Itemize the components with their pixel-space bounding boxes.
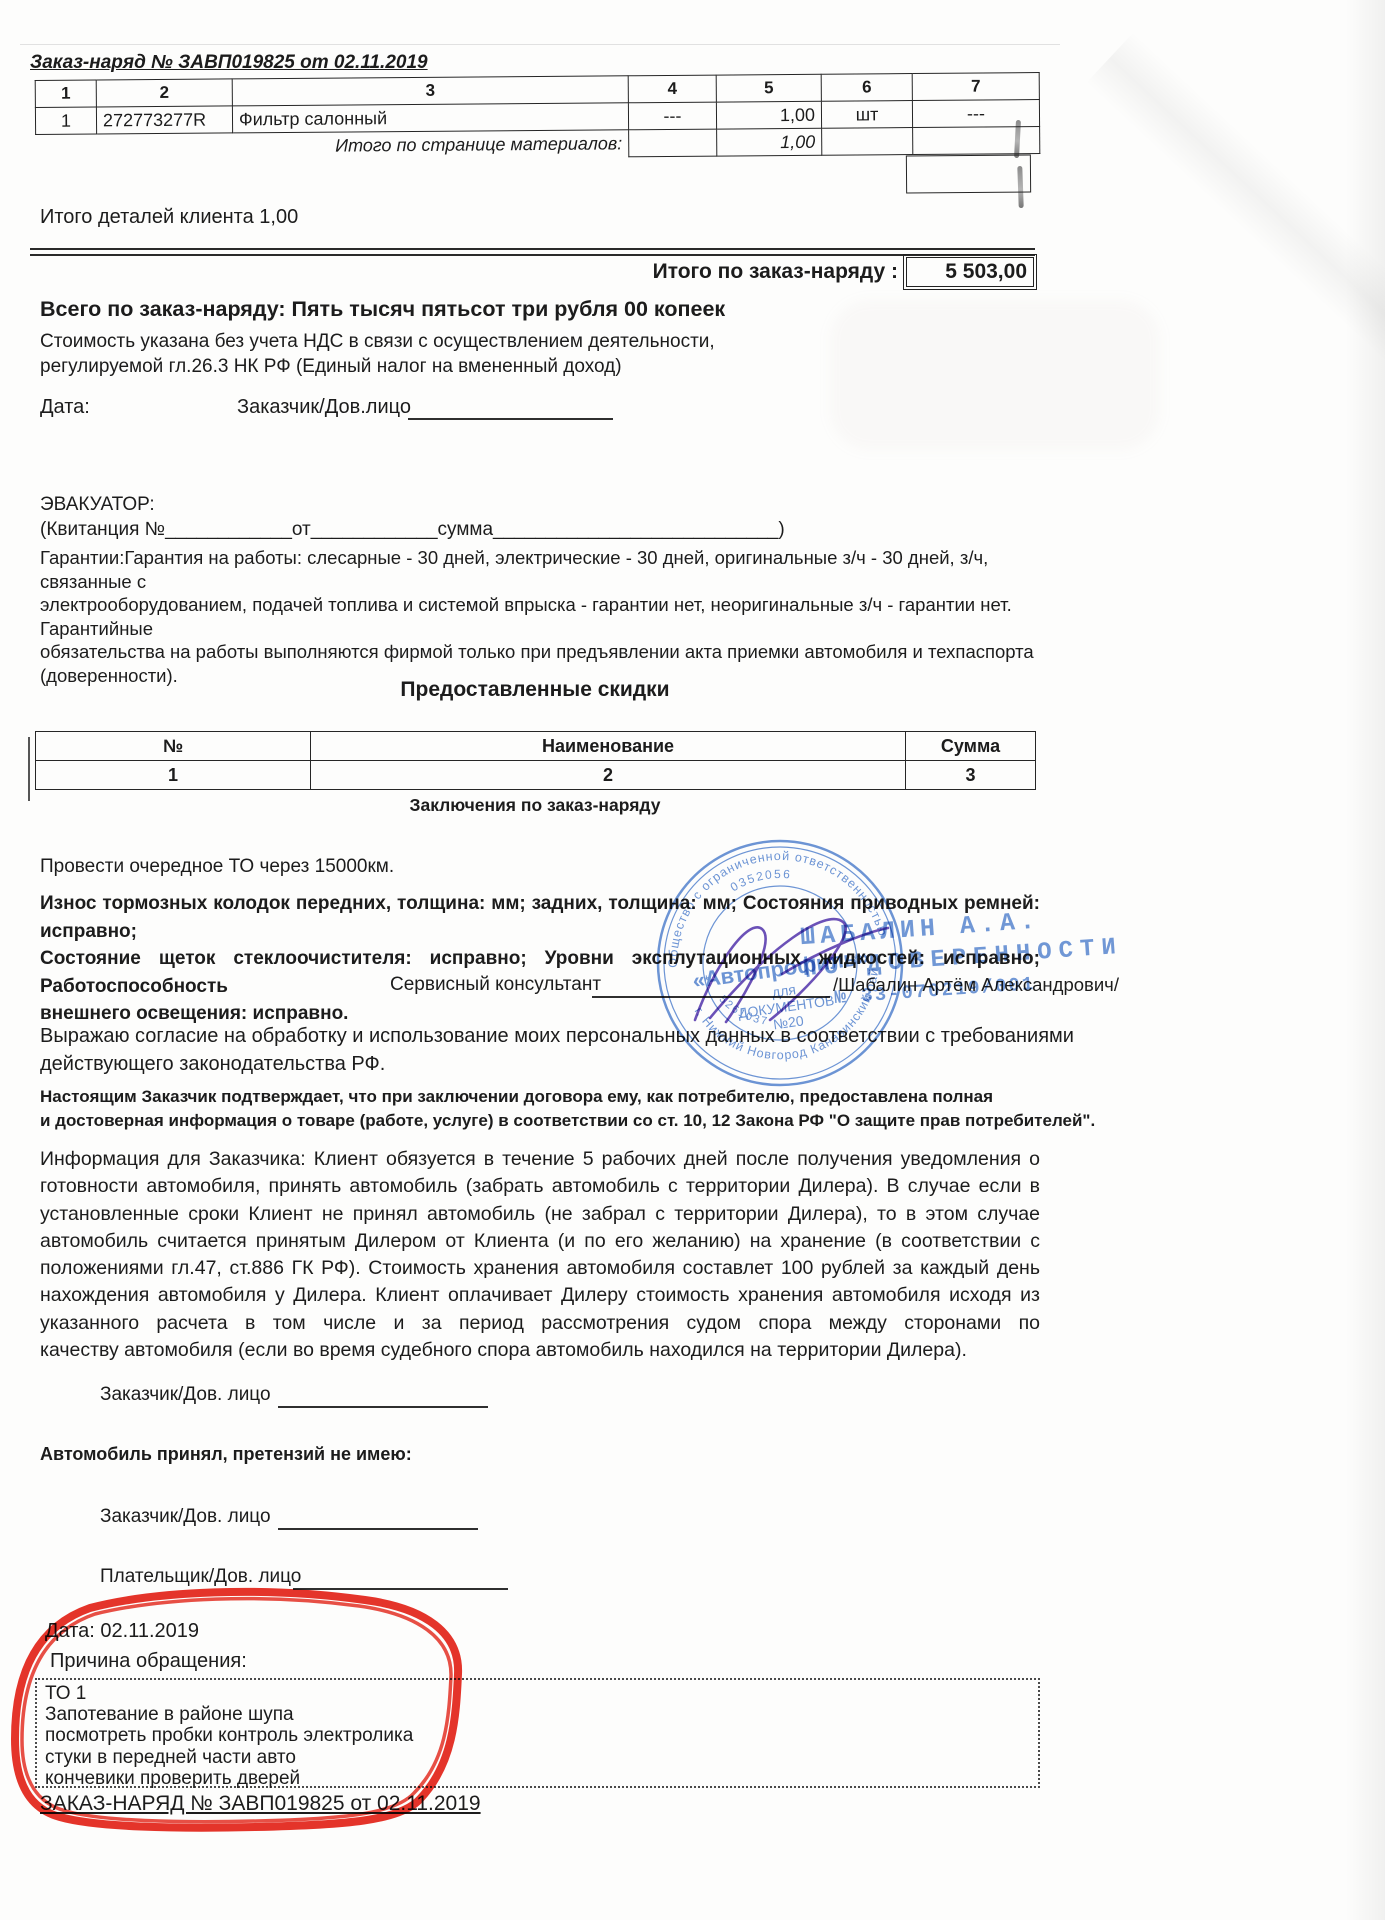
vat-note-line1: Стоимость указана без учета НДС в связи …	[40, 331, 715, 353]
conclusions-title: Заключения по заказ-наряду	[0, 795, 1070, 816]
order-total-label: Итого по заказ-наряду :	[580, 260, 898, 284]
scan-top-edge-line	[20, 44, 1060, 45]
discounts-colnum-2: 2	[311, 761, 906, 790]
col-header-5: 5	[716, 74, 821, 102]
info-line-4: автомобиль считается принятым Дилером от…	[40, 1228, 1040, 1255]
page-total-empty-6	[822, 128, 913, 156]
red-marker-circle	[5, 1578, 505, 1840]
materials-col7-extra-box	[906, 155, 1031, 194]
part-qty-cell: 1,00	[716, 101, 821, 129]
page-total-label: Итого по странице материалов:	[36, 130, 629, 162]
row-number-cell: 1	[35, 107, 96, 134]
separator-double-line	[30, 248, 1035, 256]
page-total-empty-4	[629, 129, 717, 157]
confirm-line-1: Настоящим Заказчик подтверждает, что при…	[40, 1085, 1095, 1109]
vat-note-line2: регулируемой гл.26.3 НК РФ (Единый налог…	[40, 356, 622, 378]
col-header-2: 2	[96, 79, 232, 107]
part-sum-cell: ---	[912, 100, 1039, 128]
order-total-value: 5 503,00	[906, 257, 1034, 287]
warranty-paragraph: Гарантии:Гарантия на работы: слесарные -…	[40, 546, 1040, 687]
part-article-cell: 272773277R	[96, 106, 232, 134]
col-header-6: 6	[821, 74, 912, 102]
info-line-7: указанного расчета в том числе и за пери…	[40, 1310, 1040, 1337]
next-service-note: Провести очередное ТО через 15000км.	[40, 856, 394, 878]
warranty-line-2: электрооборудованием, подачей топлива и …	[40, 593, 1040, 640]
evacuator-title: ЭВАКУАТОР:	[40, 494, 155, 516]
scan-ghost-smudge	[830, 300, 1160, 450]
discounts-header-row: № Наименование Сумма	[36, 732, 1036, 761]
info-line-1: Информация для Заказчика: Клиент обязует…	[40, 1146, 1040, 1173]
sign-customer-label-2: Заказчик/Дов. лицо	[100, 1506, 271, 1528]
discounts-title: Предоставленные скидки	[0, 678, 1070, 702]
customer-sign-label: Заказчик/Дов.лицо	[237, 396, 411, 419]
consent-line-1: Выражаю согласие на обработку и использо…	[40, 1022, 1074, 1050]
materials-table: 1 2 3 4 5 6 7 1 272773277R Фильтр салонн…	[35, 72, 1041, 162]
info-line-6: нахождения автомобиля у Дилера. Клиент о…	[40, 1282, 1040, 1309]
discounts-table: № Наименование Сумма 1 2 3	[35, 731, 1036, 790]
discounts-colnum-3: 3	[906, 761, 1036, 790]
sign-customer-label-1: Заказчик/Дов. лицо	[100, 1384, 271, 1406]
confirm-line-2: и достоверная информация о товаре (работ…	[40, 1109, 1095, 1133]
col-header-3: 3	[232, 76, 628, 106]
discounts-colnum-1: 1	[36, 761, 311, 790]
part-name-cell: Фильтр салонный	[232, 103, 628, 133]
accepted-statement: Автомобиль принял, претензий не имею:	[40, 1444, 412, 1465]
customer-info-paragraph: Информация для Заказчика: Клиент обязует…	[40, 1146, 1040, 1364]
order-header-line: Заказ-наряд № ЗАВП019825 от 02.11.2019	[30, 52, 428, 74]
info-line-8: качеству автомобиля (если во время судеб…	[40, 1337, 1040, 1364]
date-label: Дата:	[40, 396, 90, 419]
info-line-5: положениями гл.47, ст.886 ГК РФ). Стоимо…	[40, 1255, 1040, 1282]
customer-signature-line	[408, 418, 613, 420]
evacuator-receipt-line: (Квитанция №____________от____________су…	[40, 519, 785, 541]
col-header-1: 1	[35, 80, 96, 107]
warranty-line-1: Гарантии:Гарантия на работы: слесарные -…	[40, 546, 1040, 593]
client-parts-total: Итого деталей клиента 1,00	[40, 206, 298, 229]
part-price-cell: ---	[628, 102, 716, 130]
sign-customer-line-2	[278, 1528, 478, 1530]
discounts-header-name: Наименование	[311, 732, 906, 761]
total-in-words: Всего по заказ-наряду: Пять тысяч пятьсо…	[40, 297, 725, 322]
info-line-3: установленные сроки Клиент не принял авт…	[40, 1201, 1040, 1228]
discounts-number-row: 1 2 3	[36, 761, 1036, 790]
scanned-work-order-page: Заказ-наряд № ЗАВП019825 от 02.11.2019 1…	[0, 0, 1385, 1920]
info-line-2: готовности автомобиля, принять автомобил…	[40, 1173, 1040, 1200]
consultant-signature-mark	[640, 898, 910, 1033]
scan-artifact-line	[28, 737, 30, 801]
sign-customer-line-1	[278, 1406, 488, 1408]
consultant-label: Сервисный консультант	[390, 974, 601, 996]
part-unit-cell: шт	[821, 101, 912, 129]
consent-line-2: действующего законодательства РФ.	[40, 1050, 1074, 1078]
page-total-empty-7	[913, 127, 1040, 155]
col-header-7: 7	[912, 73, 1039, 101]
page-total-value: 1,00	[717, 128, 822, 156]
consent-paragraph: Выражаю согласие на обработку и использо…	[40, 1022, 1074, 1078]
order-total-box: 5 503,00	[903, 254, 1037, 290]
col-header-4: 4	[628, 75, 716, 103]
confirm-paragraph: Настоящим Заказчик подтверждает, что при…	[40, 1085, 1095, 1133]
discounts-header-sum: Сумма	[906, 732, 1036, 761]
discounts-header-num: №	[36, 732, 311, 761]
